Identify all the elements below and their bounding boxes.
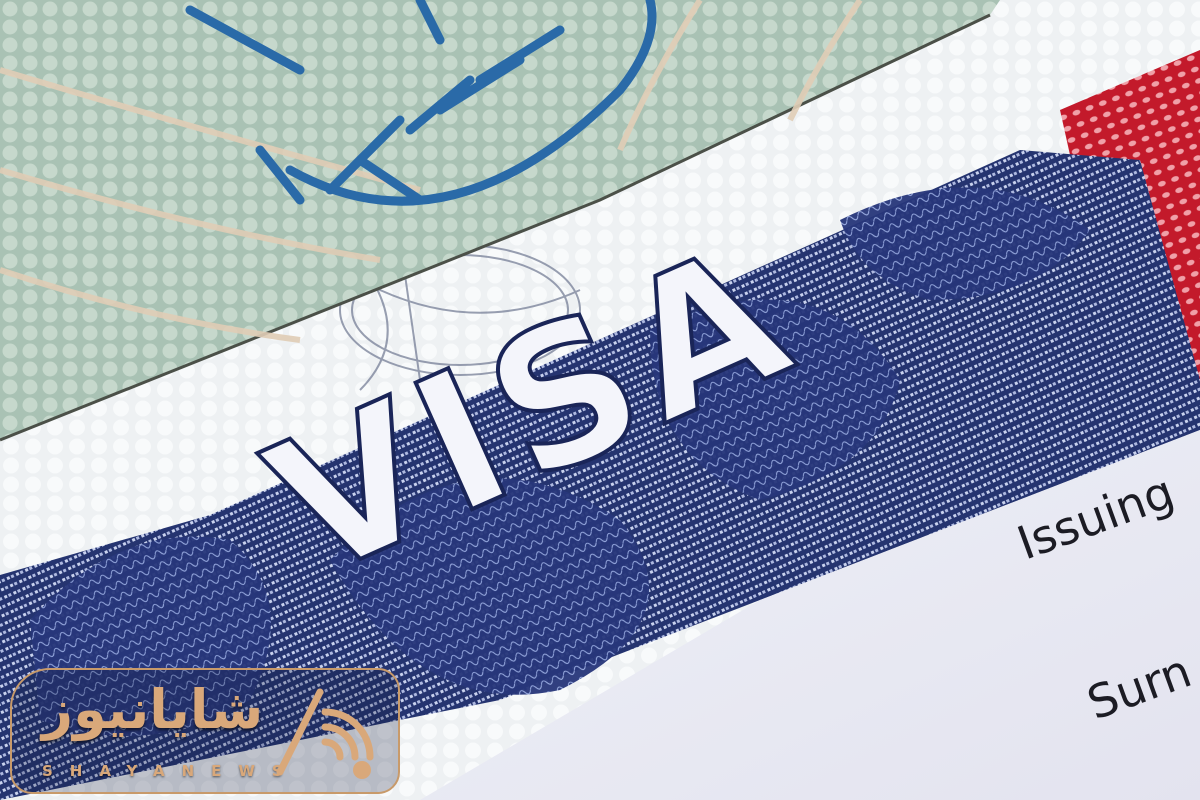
broadcast-signal-icon [270,682,380,782]
shayanews-watermark: شایانیوز SHAYANEWS [10,668,400,794]
visa-photo: VISA Issuing Surn شایانیوز SHAYANEWS [0,0,1200,800]
brand-name-en: SHAYANEWS [42,762,300,780]
brand-name-fa: شایانیوز [42,678,263,741]
